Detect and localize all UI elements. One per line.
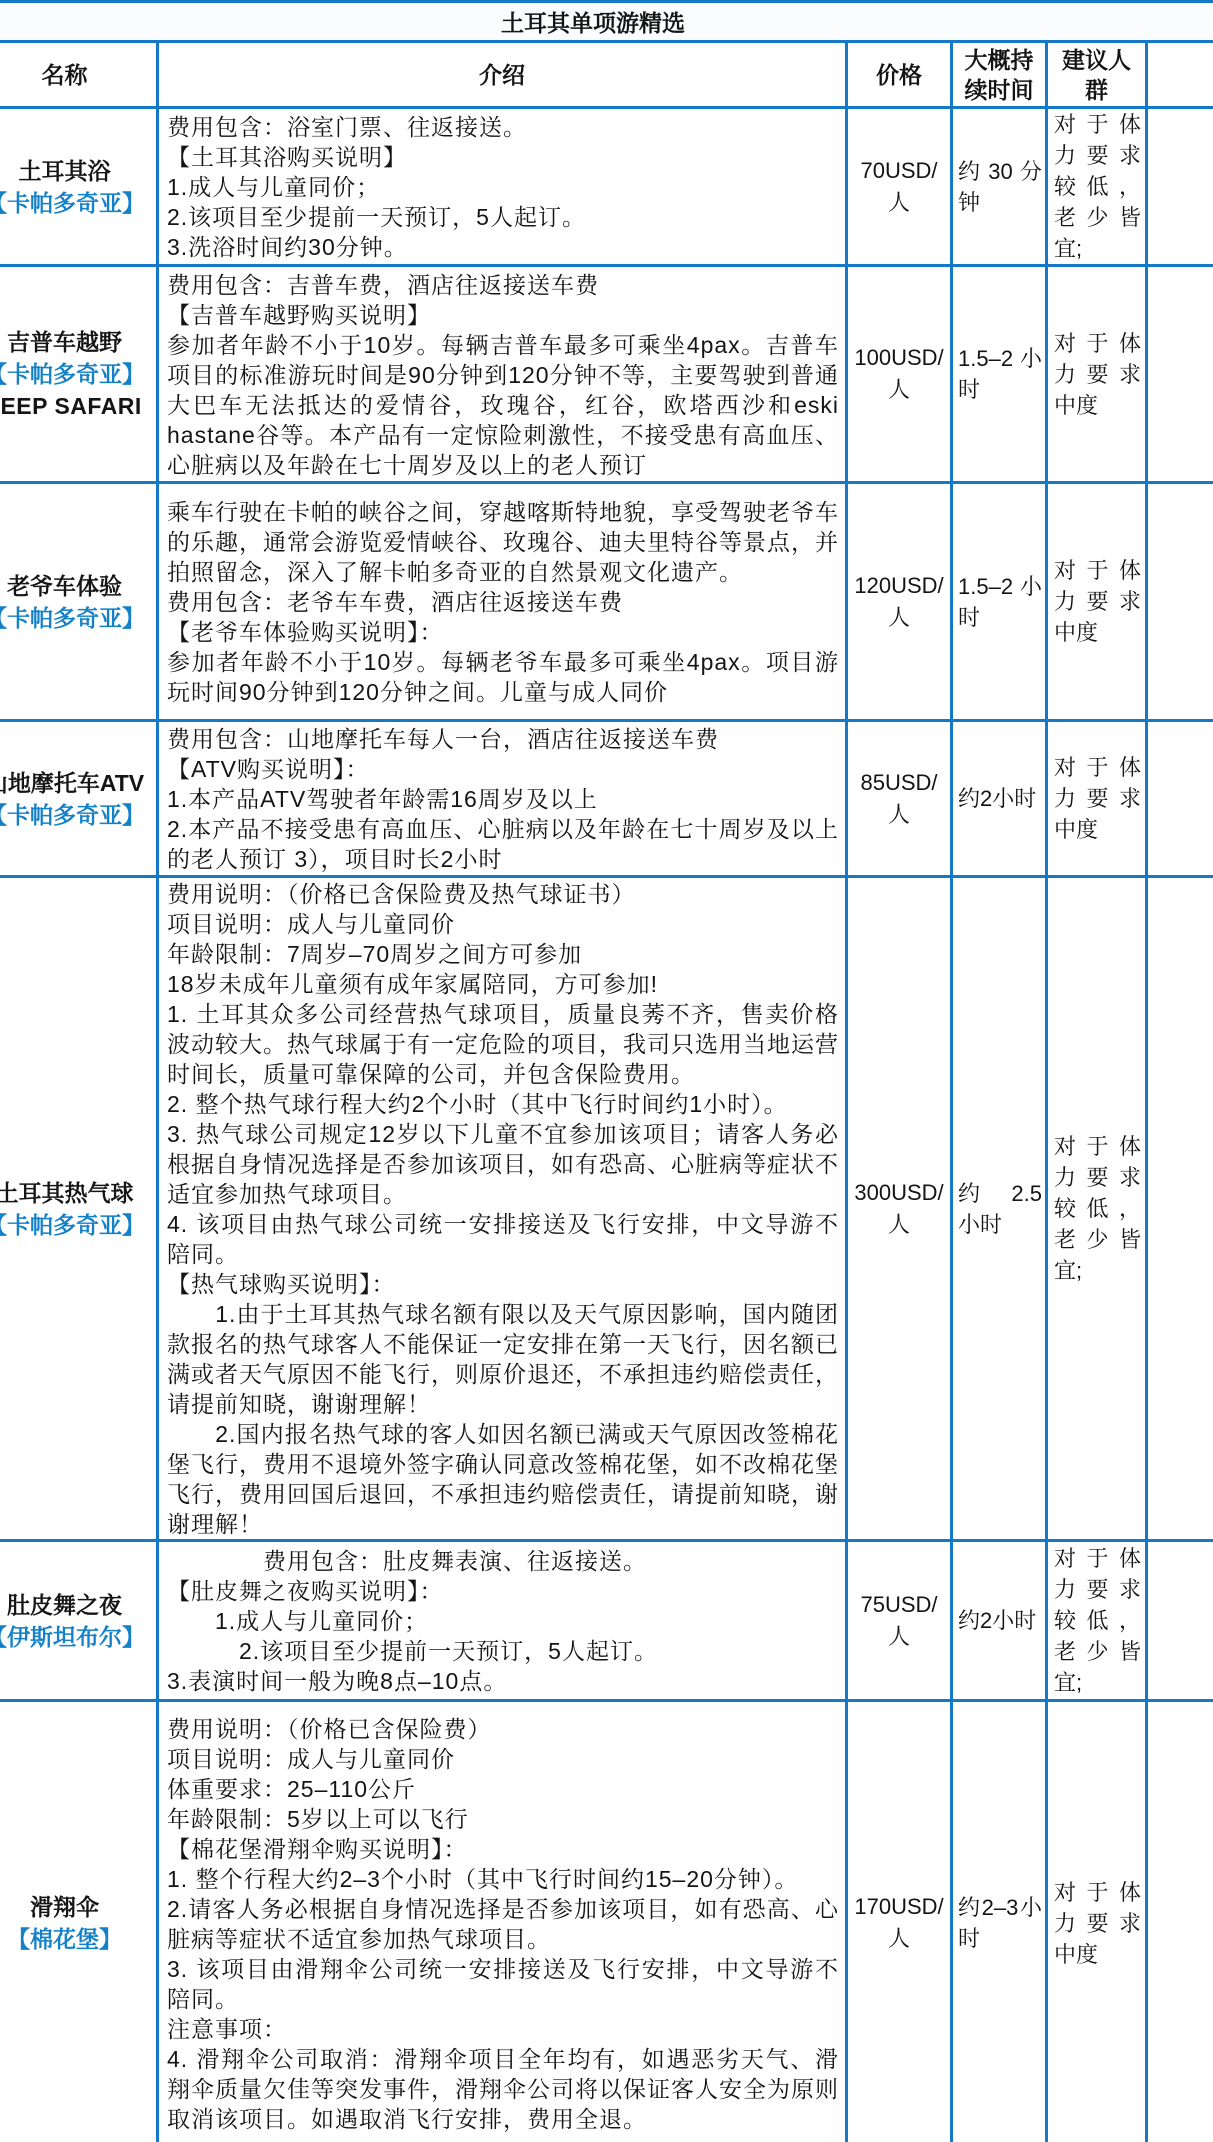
table-row: 滑翔伞 【棉花堡】 费用说明：（价格已含保险费） 项目说明：成人与儿童同价 体重… [0, 1701, 1213, 2142]
tour-intro: 费用说明：（价格已含保险费） 项目说明：成人与儿童同价 体重要求：25–110公… [158, 1701, 847, 2142]
blank-cell [1147, 108, 1213, 266]
tour-crowd: 对于体力要求中度 [1047, 266, 1147, 483]
row-belly-dance-name: 肚皮舞之夜 【伊斯坦布尔】 [0, 1541, 158, 1701]
tour-price: 120USD/人 [847, 483, 952, 721]
blank-cell [1147, 1701, 1213, 2142]
tour-duration: 约 30 分钟 [952, 108, 1047, 266]
tour-crowd: 对于体力要求较低，老少皆宜; [1047, 877, 1147, 1541]
blank-cell [1147, 1541, 1213, 1701]
blank-cell [1147, 721, 1213, 877]
tour-name: 土耳其浴 [0, 155, 156, 187]
row-paragliding-name: 滑翔伞 【棉花堡】 [0, 1701, 158, 2142]
document-page: 土耳其单项游精选 名称 介绍 价格 大概持续时间 建议人群 土耳其浴 【卡帕多奇… [0, 0, 1213, 2142]
tour-price: 85USD/人 [847, 721, 952, 877]
tour-duration: 1.5–2 小时 [952, 483, 1047, 721]
tour-duration: 约2–3小时 [952, 1701, 1047, 2142]
tour-price: 100USD/人 [847, 266, 952, 483]
tour-crowd: 对于体力要求中度 [1047, 721, 1147, 877]
tour-crowd: 对于体力要求较低，老少皆宜; [1047, 108, 1147, 266]
column-header-name: 名称 [0, 42, 158, 108]
tour-intro: 费用说明：（价格已含保险费及热气球证书） 项目说明：成人与儿童同价 年龄限制：7… [158, 877, 847, 1541]
tour-duration: 约2小时 [952, 1541, 1047, 1701]
tour-location: 【卡帕多奇亚】 [0, 602, 156, 634]
tour-name: 肚皮舞之夜 [0, 1589, 156, 1621]
tour-subtitle: JEEP SAFARI [0, 390, 156, 422]
blank-cell [1147, 877, 1213, 1541]
tour-location: 【棉花堡】 [0, 1923, 156, 1955]
tour-crowd: 对于体力要求较低，老少皆宜; [1047, 1541, 1147, 1701]
tour-location: 【卡帕多奇亚】 [0, 799, 156, 831]
tour-price: 170USD/人 [847, 1701, 952, 2142]
tour-crowd: 对于体力要求中度 [1047, 483, 1147, 721]
row-turkish-bath-name: 土耳其浴 【卡帕多奇亚】 [0, 108, 158, 266]
column-header-price: 价格 [847, 42, 952, 108]
tour-price: 70USD/人 [847, 108, 952, 266]
tour-intro: 费用包含：浴室门票、往返接送。 【土耳其浴购买说明】 1.成人与儿童同价； 2.… [158, 108, 847, 266]
tour-duration: 1.5–2 小时 [952, 266, 1047, 483]
column-header-intro: 介绍 [158, 42, 847, 108]
tour-intro: 费用包含：山地摩托车每人一台，酒店往返接送车费 【ATV购买说明】： 1.本产品… [158, 721, 847, 877]
title-row: 土耳其单项游精选 [0, 2, 1213, 42]
tour-price: 300USD/人 [847, 877, 952, 1541]
row-jeep-safari-name: 吉普车越野 【卡帕多奇亚】 JEEP SAFARI [0, 266, 158, 483]
tour-name: 吉普车越野 [0, 326, 156, 358]
row-classic-car-name: 老爷车体验 【卡帕多奇亚】 [0, 483, 158, 721]
tour-duration: 约2小时 [952, 721, 1047, 877]
tour-location: 【卡帕多奇亚】 [0, 1209, 156, 1241]
tour-location: 【卡帕多奇亚】 [0, 358, 156, 390]
tour-intro: 费用包含：肚皮舞表演、往返接送。 【肚皮舞之夜购买说明】： 1.成人与儿童同价；… [158, 1541, 847, 1701]
tour-intro: 费用包含：吉普车费，酒店往返接送车费 【吉普车越野购买说明】 参加者年龄不小于1… [158, 266, 847, 483]
row-hot-air-balloon-name: 土耳其热气球 【卡帕多奇亚】 [0, 877, 158, 1541]
blank-cell [1147, 266, 1213, 483]
tour-crowd: 对于体力要求中度 [1047, 1701, 1147, 2142]
table-title: 土耳其单项游精选 [0, 2, 1213, 42]
tour-location: 【卡帕多奇亚】 [0, 187, 156, 219]
column-header-blank [1147, 42, 1213, 108]
tour-intro: 乘车行驶在卡帕的峡谷之间，穿越喀斯特地貌，享受驾驶老爷车的乐趣，通常会游览爱情峡… [158, 483, 847, 721]
row-atv-name: 山地摩托车ATV 【卡帕多奇亚】 [0, 721, 158, 877]
tour-name: 土耳其热气球 [0, 1177, 156, 1209]
table-row: 老爷车体验 【卡帕多奇亚】 乘车行驶在卡帕的峡谷之间，穿越喀斯特地貌，享受驾驶老… [0, 483, 1213, 721]
tour-table: 土耳其单项游精选 名称 介绍 价格 大概持续时间 建议人群 土耳其浴 【卡帕多奇… [0, 0, 1213, 2142]
tour-name: 老爷车体验 [0, 570, 156, 602]
column-header-duration: 大概持续时间 [952, 42, 1047, 108]
column-header-crowd: 建议人群 [1047, 42, 1147, 108]
table-row: 吉普车越野 【卡帕多奇亚】 JEEP SAFARI 费用包含：吉普车费，酒店往返… [0, 266, 1213, 483]
table-row: 肚皮舞之夜 【伊斯坦布尔】 费用包含：肚皮舞表演、往返接送。 【肚皮舞之夜购买说… [0, 1541, 1213, 1701]
table-row: 土耳其热气球 【卡帕多奇亚】 费用说明：（价格已含保险费及热气球证书） 项目说明… [0, 877, 1213, 1541]
table-row: 山地摩托车ATV 【卡帕多奇亚】 费用包含：山地摩托车每人一台，酒店往返接送车费… [0, 721, 1213, 877]
blank-cell [1147, 483, 1213, 721]
tour-name: 山地摩托车ATV [0, 767, 156, 799]
table-row: 土耳其浴 【卡帕多奇亚】 费用包含：浴室门票、往返接送。 【土耳其浴购买说明】 … [0, 108, 1213, 266]
tour-name: 滑翔伞 [0, 1891, 156, 1923]
tour-duration: 约 2.5 小时 [952, 877, 1047, 1541]
header-row: 名称 介绍 价格 大概持续时间 建议人群 [0, 42, 1213, 108]
tour-location: 【伊斯坦布尔】 [0, 1621, 156, 1653]
tour-price: 75USD/人 [847, 1541, 952, 1701]
